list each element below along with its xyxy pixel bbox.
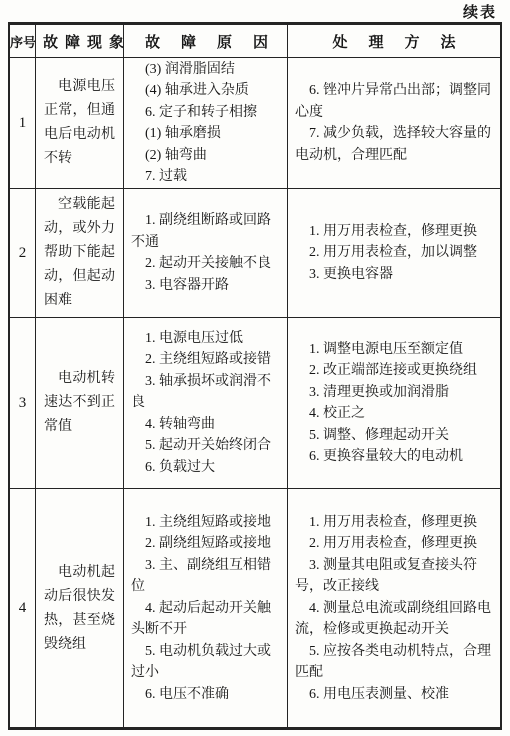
cause-item: 6. 负载过大 xyxy=(131,457,280,479)
cause-item: (4) 轴承进入杂质 xyxy=(131,80,280,102)
table-row: 4 电动机起动后很快发热，甚至烧毁绕组 1. 主绕组短路或接地2. 副绕组短路或… xyxy=(10,489,501,729)
remedies-cell: 1. 调整电源电压至额定值2. 改正端部连接或更换绕组3. 清理更换或加润滑脂4… xyxy=(288,318,501,489)
cause-item: 3. 电容器开路 xyxy=(131,275,280,297)
row-number-cell: 3 xyxy=(10,318,36,489)
table-row: 3 电动机转速达不到正常值 1. 电源电压过低2. 主绕组短路或接错3. 轴承损… xyxy=(10,318,501,489)
phenomenon-cell: 空载能起动，或外力帮助下能起动，但起动困难 xyxy=(36,189,124,318)
cause-item: 2. 主绕组短路或接错 xyxy=(131,349,280,371)
cause-item: 2. 起动开关接触不良 xyxy=(131,253,280,275)
cause-item: 4. 转轴弯曲 xyxy=(131,414,280,436)
phenomenon-text: 电动机转速达不到正常值 xyxy=(44,367,115,439)
remedy-item: 3. 测量其电阻或复查接头符号，改正接线 xyxy=(295,555,495,598)
cause-item: 3. 轴承损坏或润滑不良 xyxy=(131,371,280,414)
remedies-cell: 6. 锉冲片异常凸出部；调整同心度7. 减少负载，选择较大容量的电动机，合理匹配 xyxy=(288,58,501,189)
causes-cell: 1. 副绕组断路或回路不通2. 起动开关接触不良3. 电容器开路 xyxy=(124,189,288,318)
cause-item: 7. 过载 xyxy=(131,166,280,188)
causes-cell: (3) 润滑脂固结(4) 轴承进入杂质6. 定子和转子相擦(1) 轴承磨损(2)… xyxy=(124,58,288,189)
causes-cell: 1. 主绕组短路或接地2. 副绕组短路或接地3. 主、副绕组互相错位4. 起动后… xyxy=(124,489,288,729)
column-header-remedy: 处理方法 xyxy=(288,25,501,58)
row-number-cell: 4 xyxy=(10,489,36,729)
row-number-cell: 2 xyxy=(10,189,36,318)
remedies-cell: 1. 用万用表检查，修理更换2. 用万用表检查，修理更换3. 测量其电阻或复查接… xyxy=(288,489,501,729)
remedy-item: 1. 用万用表检查，修理更换 xyxy=(295,512,495,534)
fault-table-body: 1 电源电压正常，但通电后电动机不转 (3) 润滑脂固结(4) 轴承进入杂质6.… xyxy=(10,58,501,729)
fault-table-header: 序号 故障现象 故障原因 处理方法 xyxy=(10,25,501,58)
phenomenon-text: 空载能起动，或外力帮助下能起动，但起动困难 xyxy=(44,193,115,313)
phenomenon-cell: 电源电压正常，但通电后电动机不转 xyxy=(36,58,124,189)
table-row: 2 空载能起动，或外力帮助下能起动，但起动困难 1. 副绕组断路或回路不通2. … xyxy=(10,189,501,318)
remedy-item: 2. 用万用表检查，加以调整 xyxy=(295,242,495,264)
phenomenon-text: 电动机起动后很快发热，甚至烧毁绕组 xyxy=(44,561,115,657)
cause-item: 5. 起动开关始终闭合 xyxy=(131,435,280,457)
phenomenon-text: 电源电压正常，但通电后电动机不转 xyxy=(44,75,115,171)
cause-item: 3. 主、副绕组互相错位 xyxy=(131,555,280,598)
table-row: 1 电源电压正常，但通电后电动机不转 (3) 润滑脂固结(4) 轴承进入杂质6.… xyxy=(10,58,501,189)
cause-item: 2. 副绕组短路或接地 xyxy=(131,533,280,555)
cause-item: 1. 副绕组断路或回路不通 xyxy=(131,210,280,253)
cause-item: 6. 定子和转子相擦 xyxy=(131,102,280,124)
fault-table-grid: 序号 故障现象 故障原因 处理方法 1 电源电压正常，但通电后电动机不转 (3)… xyxy=(9,24,501,729)
cause-item: (2) 轴弯曲 xyxy=(131,145,280,167)
remedy-item: 6. 用电压表测量、校准 xyxy=(295,684,495,706)
remedy-item: 6. 更换容量较大的电动机 xyxy=(295,446,495,468)
remedy-item: 3. 更换电容器 xyxy=(295,264,495,286)
remedy-item: 3. 清理更换或加润滑脂 xyxy=(295,382,495,404)
remedy-item: 6. 锉冲片异常凸出部；调整同心度 xyxy=(295,80,495,123)
cause-item: 1. 主绕组短路或接地 xyxy=(131,512,280,534)
remedy-item: 2. 改正端部连接或更换绕组 xyxy=(295,360,495,382)
cause-item: (1) 轴承磨损 xyxy=(131,123,280,145)
page: 续表 序号 故障现象 故障原因 处理方法 1 电源电压正常，但通电后电动机不转 … xyxy=(0,0,510,736)
remedy-item: 1. 用万用表检查，修理更换 xyxy=(295,221,495,243)
remedy-item: 4. 测量总电流或副绕组回路电流，检修或更换起动开关 xyxy=(295,598,495,641)
fault-table: 序号 故障现象 故障原因 处理方法 1 电源电压正常，但通电后电动机不转 (3)… xyxy=(8,22,502,730)
phenomenon-cell: 电动机起动后很快发热，甚至烧毁绕组 xyxy=(36,489,124,729)
cause-item: 1. 电源电压过低 xyxy=(131,328,280,350)
remedy-item: 5. 调整、修理起动开关 xyxy=(295,425,495,447)
remedy-item: 7. 减少负载，选择较大容量的电动机，合理匹配 xyxy=(295,123,495,166)
remedies-cell: 1. 用万用表检查，修理更换2. 用万用表检查，加以调整3. 更换电容器 xyxy=(288,189,501,318)
cause-item: 6. 电压不准确 xyxy=(131,684,280,706)
continued-table-label: 续表 xyxy=(463,1,497,22)
remedy-item: 2. 用万用表检查，修理更换 xyxy=(295,533,495,555)
column-header-no: 序号 xyxy=(10,25,36,58)
remedy-item: 4. 校正之 xyxy=(295,403,495,425)
remedy-item: 5. 应按各类电动机特点，合理匹配 xyxy=(295,641,495,684)
cause-item: 5. 电动机负载过大或过小 xyxy=(131,641,280,684)
column-header-phenomenon: 故障现象 xyxy=(36,25,124,58)
row-number-cell: 1 xyxy=(10,58,36,189)
cause-item: 4. 起动后起动开关触头断不开 xyxy=(131,598,280,641)
remedy-item: 1. 调整电源电压至额定值 xyxy=(295,339,495,361)
cause-item: (3) 润滑脂固结 xyxy=(131,59,280,81)
column-header-cause: 故障原因 xyxy=(124,25,288,58)
header-row: 序号 故障现象 故障原因 处理方法 xyxy=(10,25,501,58)
phenomenon-cell: 电动机转速达不到正常值 xyxy=(36,318,124,489)
causes-cell: 1. 电源电压过低2. 主绕组短路或接错3. 轴承损坏或润滑不良4. 转轴弯曲5… xyxy=(124,318,288,489)
